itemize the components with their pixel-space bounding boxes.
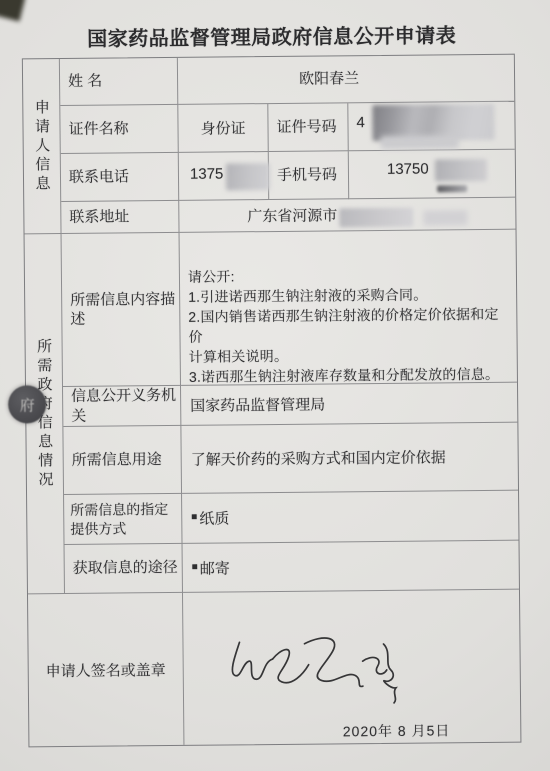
delivery-value: 纸质 — [199, 507, 229, 528]
delivery-label: 所需信息的指定提供方式 — [70, 500, 179, 537]
description-label-cell: 所需信息内容描述 — [62, 233, 181, 387]
overlay-char: 府 — [20, 394, 35, 415]
applicant-strip-label: 申请人信息 — [31, 99, 53, 194]
phone-visible-digits: 1375 — [190, 165, 224, 182]
id-type-value-cell: 身份证 — [178, 104, 268, 153]
redaction-blur — [381, 135, 459, 149]
redaction-smudge — [437, 185, 467, 192]
agency-value: 国家药品监督管理局 — [190, 394, 325, 416]
purpose-value-cell: 了解天价药的采购方式和国内定价依据 — [181, 423, 518, 494]
id-type-value: 身份证 — [200, 117, 245, 138]
photo-background: { "title": "国家药品监督管理局政府信息公开申请表", "applic… — [0, 0, 550, 771]
redaction-blur — [423, 210, 467, 225]
signature-label: 申请人签名或盖章 — [46, 659, 166, 681]
hole-punch-mark: 府 — [8, 385, 46, 423]
description-line: 2.国内销售诺西那生钠注射液的价格定价依据和定价 — [188, 304, 510, 347]
channel-value-cell: ■ 邮寄 — [183, 541, 519, 593]
purpose-label-cell: 所需信息用途 — [63, 426, 182, 495]
redaction-blur — [226, 163, 270, 190]
redaction-blur — [339, 208, 413, 228]
application-form-table: 申请人信息 姓 名 欧阳春兰 证件名称 身份证 证件号码 4 — [22, 54, 522, 748]
signature-label-cell: 申请人签名或盖章 — [28, 593, 184, 746]
delivery-value-cell: ■ 纸质 — [182, 491, 518, 544]
id-number-value-cell: 4 — [348, 102, 514, 152]
mobile-visible-digits: 13750 — [387, 161, 429, 178]
description-value-cell: 请公开: 1.引进诺西那生钠注射液的采购合同。 2.国内销售诺西那生钠注射液的价… — [180, 230, 517, 386]
address-visible-text: 广东省河源市 — [247, 204, 337, 226]
handwritten-signature — [223, 631, 414, 711]
phone-label: 联系电话 — [69, 167, 129, 187]
form-date: 2020年 8 月5日 — [343, 720, 451, 741]
id-number-label-cell: 证件号码 — [268, 103, 348, 152]
checkbox-filled-icon: ■ — [191, 512, 197, 523]
agency-label: 信息公开义务机关 — [71, 386, 180, 426]
channel-value: 邮寄 — [200, 557, 230, 578]
mobile-label-cell: 手机号码 — [269, 151, 349, 200]
paper-sheet: 国家药品监督管理局政府信息公开申请表 申请人信息 姓 名 欧阳春兰 证件名称 身… — [0, 0, 550, 771]
signature-value-cell: 2020年 8 月5日 — [183, 590, 520, 745]
address-value-cell: 广东省河源市 — [179, 198, 515, 233]
applicant-strip-cell: 申请人信息 — [23, 59, 62, 234]
description-label: 所需信息内容描述 — [70, 289, 179, 329]
address-label: 联系地址 — [69, 207, 129, 227]
redaction-blur — [435, 159, 487, 181]
delivery-label-cell: 所需信息的指定提供方式 — [64, 494, 182, 545]
checkbox-filled-icon: ■ — [192, 561, 198, 572]
form-title: 国家药品监督管理局政府信息公开申请表 — [0, 18, 547, 52]
phone-label-cell: 联系电话 — [61, 153, 179, 202]
name-label-cell: 姓 名 — [60, 58, 178, 106]
form-sheet: 国家药品监督管理局政府信息公开申请表 申请人信息 姓 名 欧阳春兰 证件名称 身… — [0, 0, 550, 771]
channel-label: 获取信息的途径 — [73, 558, 178, 579]
id-number-label: 证件号码 — [276, 117, 336, 137]
id-type-label: 证件名称 — [68, 119, 128, 139]
name-label: 姓 名 — [68, 72, 102, 92]
mobile-value-cell: 13750 — [349, 150, 515, 200]
name-value-cell: 欧阳春兰 — [178, 55, 514, 105]
id-number-visible-digit: 4 — [356, 114, 365, 131]
agency-label-cell: 信息公开义务机关 — [63, 386, 181, 427]
purpose-label: 所需信息用途 — [72, 450, 162, 470]
name-value: 欧阳春兰 — [299, 67, 359, 89]
mobile-label: 手机号码 — [277, 165, 337, 185]
address-label-cell: 联系地址 — [61, 201, 179, 234]
phone-value-cell: 1375 — [179, 152, 269, 201]
purpose-value: 了解天价药的采购方式和国内定价依据 — [191, 446, 446, 469]
channel-label-cell: 获取信息的途径 — [65, 544, 183, 594]
agency-value-cell: 国家药品监督管理局 — [181, 383, 517, 426]
id-type-label-cell: 证件名称 — [60, 105, 178, 154]
